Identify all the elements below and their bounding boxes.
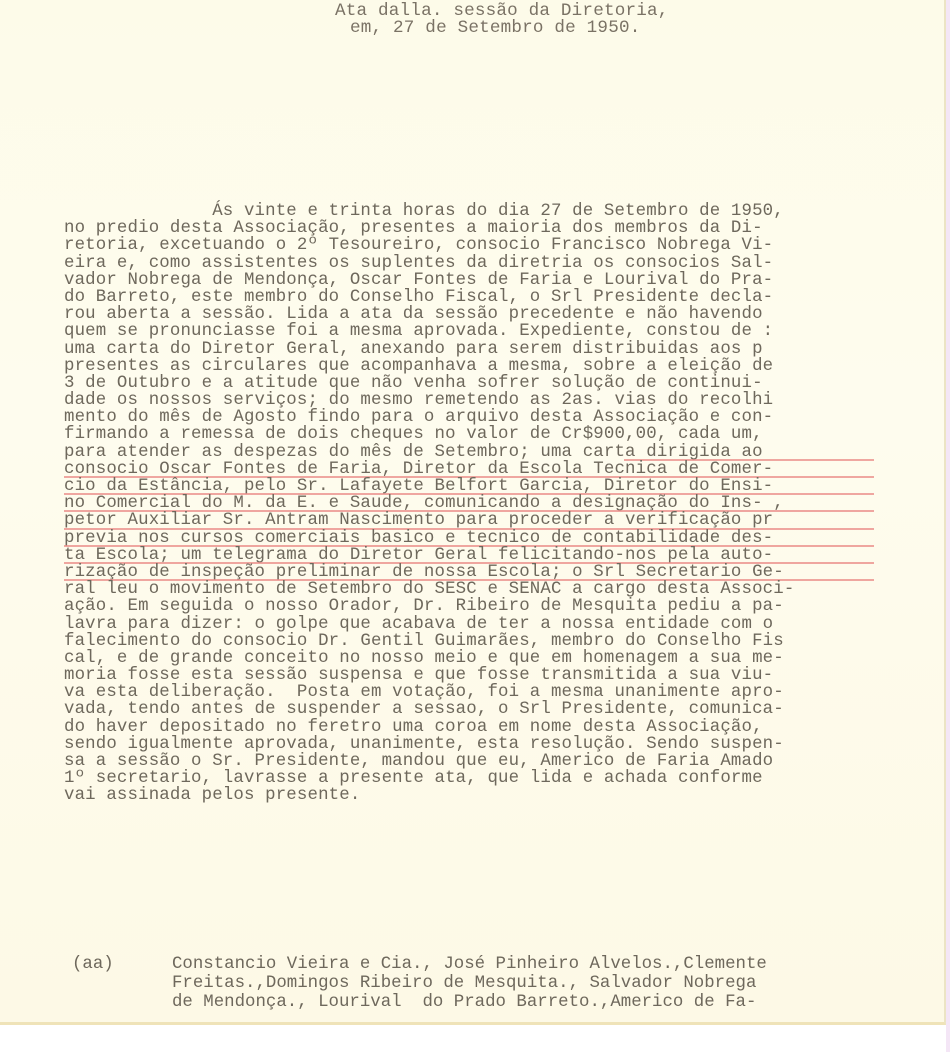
body-line: Ás vinte e trinta horas do dia 27 de Set…	[64, 203, 894, 220]
document-page: Ata dalla. sessão da Diretoria, em, 27 d…	[0, 0, 946, 1025]
body-line: ral leu o movimento de Setembro do SESC …	[64, 581, 894, 598]
body-line: sa a sessão o Sr. Presidente, mandou que…	[64, 753, 894, 770]
body-line: falecimento do consocio Dr. Gentil Guima…	[64, 633, 894, 650]
body-line: petor Auxiliar Sr. Antram Nascimento par…	[64, 512, 894, 529]
body-line: lavra para dizer: o golpe que acabava de…	[64, 616, 894, 633]
body-line: dade os nossos serviços; do mesmo remete…	[64, 392, 894, 409]
body-line: presentes as circulares que acompanhava …	[64, 358, 894, 375]
body-line: do Barreto, este membro do Conselho Fisc…	[64, 289, 894, 306]
body-line: vai assinada pelos presente.	[64, 787, 894, 804]
signature-line: de Mendonça., Lourival do Prado Barreto.…	[172, 993, 902, 1012]
body-line: consocio Oscar Fontes de Faria, Diretor …	[64, 461, 894, 478]
body-line: retoria, excetuando o 2º Tesoureiro, con…	[64, 237, 894, 254]
body-line: cal, e de grande conceito no nosso meio …	[64, 650, 894, 667]
body-line: do haver depositado no feretro uma coroa…	[64, 719, 894, 736]
body-line: previa nos cursos comerciais basico e te…	[64, 530, 894, 547]
document-date: em, 27 de Setembro de 1950.	[350, 18, 640, 38]
body-line: ação. Em seguida o nosso Orador, Dr. Rib…	[64, 598, 894, 615]
body-line: 1º secretario, lavrasse a presente ata, …	[64, 770, 894, 787]
body-line: sendo igualmente aprovada, unanimente, e…	[64, 736, 894, 753]
body-line: quem se pronunciasse foi a mesma aprovad…	[64, 323, 894, 340]
body-line: mento do mês de Agosto findo para o arqu…	[64, 409, 894, 426]
body-line: cio da Estância, pelo Sr. Lafayete Belfo…	[64, 478, 894, 495]
body-line: 3 de Outubro e a atitude que não venha s…	[64, 375, 894, 392]
signature-line: Freitas.,Domingos Ribeiro de Mesquita., …	[172, 974, 902, 993]
body-line: va esta deliberação. Posta em votação, f…	[64, 684, 894, 701]
signature-line: Constancio Vieira e Cia., José Pinheiro …	[172, 955, 902, 974]
body-line: para atender as despezas do mês de Setem…	[64, 444, 894, 461]
body-line: firmando a remessa de dois cheques no va…	[64, 426, 894, 443]
body-line: no Comercial do M. da E. e Saude, comuni…	[64, 495, 894, 512]
signatures-block: (aa) Constancio Vieira e Cia., José Pinh…	[72, 955, 902, 1012]
body-line: rou aberta a sessão. Lida a ata da sessã…	[64, 306, 894, 323]
body-line: moria fosse esta sessão suspensa e que f…	[64, 667, 894, 684]
signatures-label: (aa)	[72, 955, 172, 974]
body-line: uma carta do Diretor Geral, anexando par…	[64, 341, 894, 358]
body-line: vador Nobrega de Mendonça, Oscar Fontes …	[64, 272, 894, 289]
body-line: eira e, como assistentes os suplentes da…	[64, 255, 894, 272]
body-line: vada, tendo antes de suspender a sessao,…	[64, 701, 894, 718]
body-line: rização de inspeção preliminar de nossa …	[64, 564, 894, 581]
scan-edge	[946, 0, 950, 1052]
body-line: ta Escola; um telegrama do Diretor Geral…	[64, 547, 894, 564]
body-line: no predio desta Associação, presentes a …	[64, 220, 894, 237]
minutes-body: Ás vinte e trinta horas do dia 27 de Set…	[64, 203, 894, 805]
